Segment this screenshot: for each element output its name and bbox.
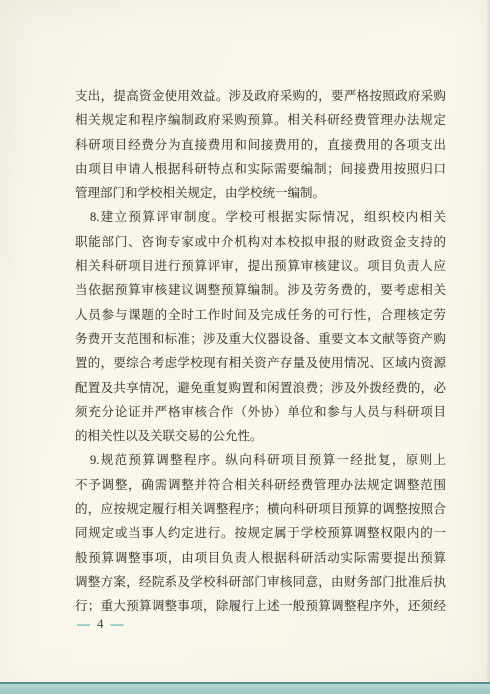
text-line: 科研项目经费分为直接费用和间接费用的，直接费用的各项支出 [75,133,446,157]
text-line: 般预算调整事项，由项目负责人根据科研活动实际需要提出预算 [75,546,446,570]
text-line: 不予调整，确需调整并符合相关科研经费管理办法规定调整范围 [75,473,446,497]
page-number: 4 [95,616,107,631]
text-line: 同规定或当事人约定进行。按规定属于学校预算调整权限内的一 [75,521,446,545]
text-line: 行；重大预算调整事项，除履行上述一般预算调整程序外，还须经 [75,594,446,618]
footer-left-dash: — [73,616,95,631]
text-line: 调整方案，经院系及学校科研部门审核同意，由财务部门批准后执 [75,570,446,594]
document-body: 支出，提高资金使用效益。涉及政府采购的，要严格按照政府采购相关规定和程序编制政府… [75,84,446,619]
text-line: 由项目申请人根据科研特点和实际需要编制；间接费用按照归口 [75,157,446,181]
text-line: 相关规定和程序编制政府采购预算。相关科研经费管理办法规定 [75,108,446,132]
text-line: 人员参与课题的全时工作时间及完成任务的可行性，合理核定劳 [75,303,446,327]
text-line: 相关科研项目进行预算评审，提出预算审核建议。项目负责人应 [75,254,446,278]
text-line: 支出，提高资金使用效益。涉及政府采购的，要严格按照政府采购 [75,84,446,108]
text-line: 当依据预算审核建议调整预算编制。涉及劳务费的，要考虑相关 [75,278,446,302]
text-line: 置的，要综合考虑学校现有相关资产存量及使用情况、区域内资源 [75,351,446,375]
text-line: 的相关性以及关联交易的公允性。 [75,424,446,448]
text-line: 9.规范预算调整程序。纵向科研项目预算一经批复，原则上 [75,448,446,472]
text-line: 的，应按规定履行相关调整程序；横向科研项目预算的调整按照合 [75,497,446,521]
document-page: 支出，提高资金使用效益。涉及政府采购的，要严格按照政府采购相关规定和程序编制政府… [0,0,490,694]
scan-edge-bottom-band [0,682,490,694]
footer-right-dash: — [107,616,129,631]
text-line: 管理部门和学校相关规定，由学校统一编制。 [75,181,446,205]
page-footer: —4— [73,615,129,633]
text-line: 配置及共享情况，避免重复购置和闲置浪费；涉及外拨经费的，必 [75,376,446,400]
text-line: 8.建立预算评审制度。学校可根据实际情况，组织校内相关 [75,205,446,229]
scan-edge-right-shadow [486,0,490,694]
text-line: 务费开支范围和标准；涉及重大仪器设备、重要文本文献等资产购 [75,327,446,351]
text-line: 须充分论证并严格审核合作（外协）单位和参与人员与科研项目 [75,400,446,424]
text-line: 职能部门、咨询专家或中介机构对本校拟申报的财政资金支持的 [75,230,446,254]
